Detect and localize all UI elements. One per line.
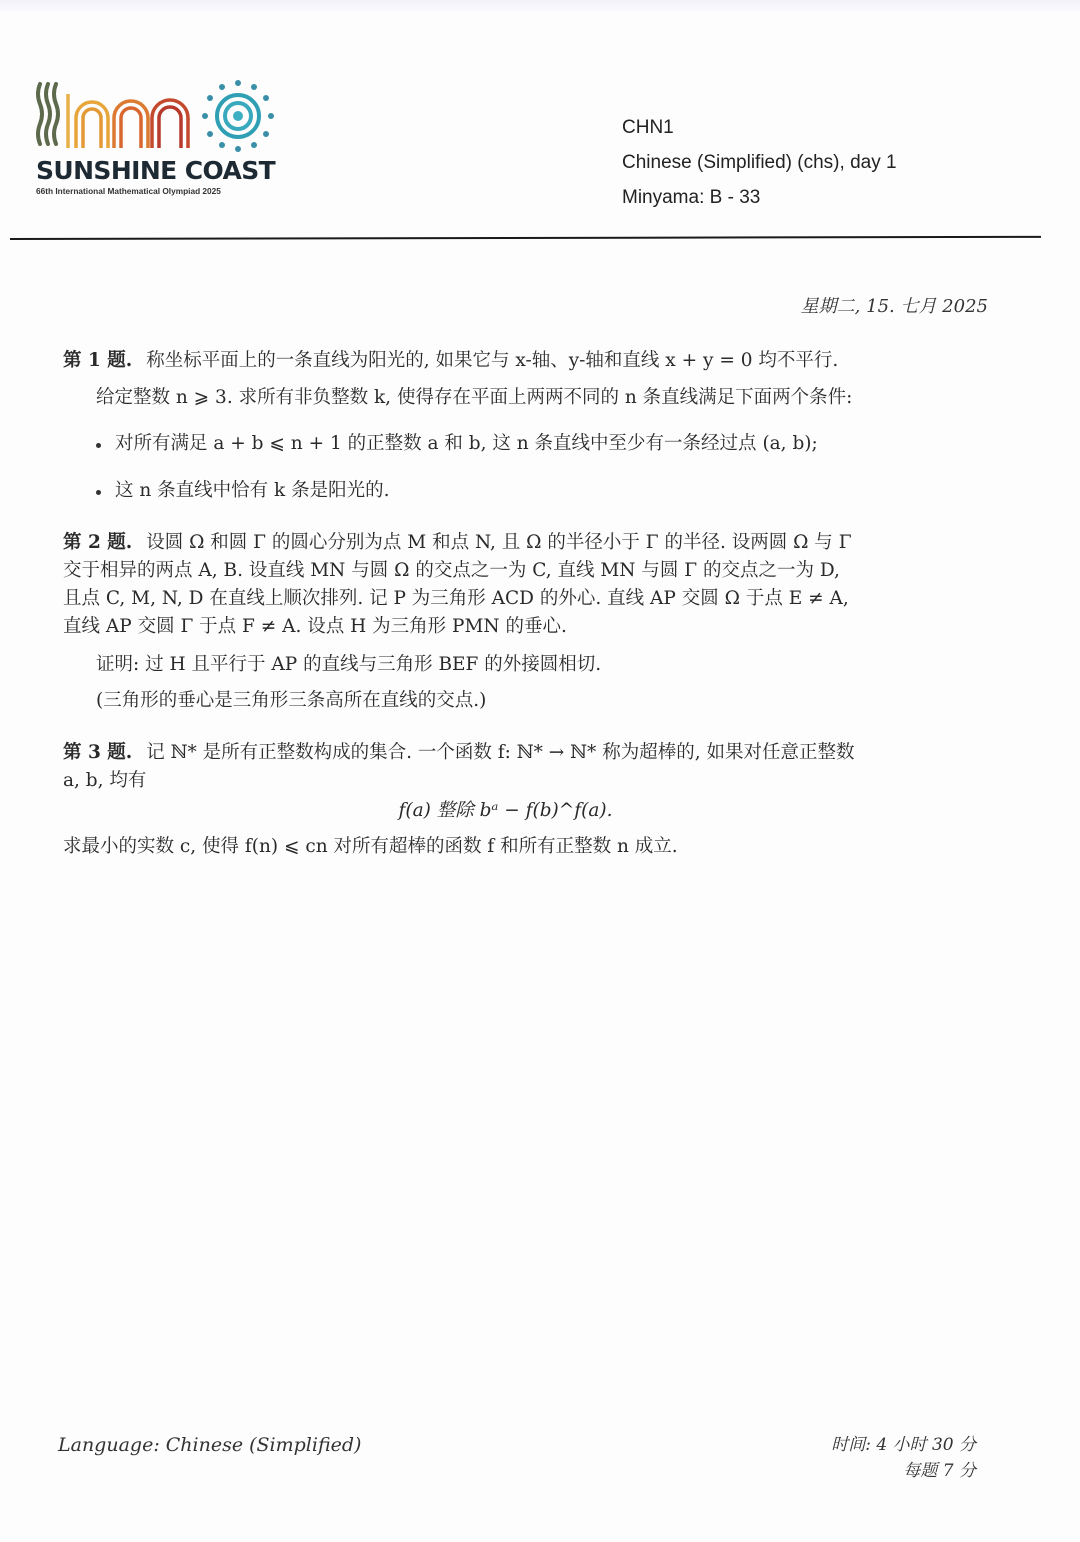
problem-2-line-3: 且点 C, M, N, D 在直线上顺次排列. 记 P 为三角形 ACD 的外心… — [63, 585, 988, 613]
problem-2-claim: 证明: 过 H 且平行于 AP 的直线与三角形 BEF 的外接圆相切. — [63, 651, 988, 679]
time-limit: 时间: 4 小时 30 分 — [831, 1432, 976, 1458]
problem-3-line-2: a, b, 均有 — [63, 767, 988, 795]
points-per-problem: 每题 7 分 — [831, 1458, 976, 1484]
problem-2-line-2: 交于相异的两点 A, B. 设直线 MN 与圆 Ω 的交点之一为 C, 直线 M… — [63, 557, 988, 585]
country-code: CHN1 — [622, 110, 897, 145]
problem-2-label: 第 2 题. — [63, 532, 132, 553]
language-day: Chinese (Simplified) (chs), day 1 — [622, 145, 897, 180]
problem-1-label: 第 1 题. — [63, 350, 132, 371]
footer-time-info: 时间: 4 小时 30 分 每题 7 分 — [831, 1432, 976, 1484]
problem-1: 第 1 题.称坐标平面上的一条直线为阳光的, 如果它与 x-轴、y-轴和直线 x… — [63, 347, 988, 505]
problem-2-line-4: 直线 AP 交圆 Γ 于点 F ≠ A. 设点 H 为三角形 PMN 的垂心. — [63, 613, 988, 641]
problem-2: 第 2 题.设圆 Ω 和圆 Γ 的圆心分别为点 M 和点 N, 且 Ω 的半径小… — [63, 529, 988, 715]
header-divider — [10, 236, 1041, 240]
exam-page: SUNSHINE COAST 66th International Mathem… — [0, 0, 1080, 1542]
problem-1-condition-1: 对所有满足 a + b ⩽ n + 1 的正整数 a 和 b, 这 n 条直线中… — [63, 430, 988, 458]
problem-3-question: 求最小的实数 c, 使得 f(n) ⩽ cn 对所有超棒的函数 f 和所有正整数… — [63, 833, 988, 861]
logo-title: SUNSHINE COAST — [36, 156, 275, 185]
problem-1-line-1: 第 1 题.称坐标平面上的一条直线为阳光的, 如果它与 x-轴、y-轴和直线 x… — [63, 347, 988, 375]
imo-logo: SUNSHINE COAST 66th International Mathem… — [34, 78, 279, 203]
footer-language: Language: Chinese (Simplified) — [58, 1434, 361, 1456]
logo-subtitle: 66th International Mathematical Olympiad… — [36, 186, 221, 196]
venue: Minyama: B - 33 — [622, 180, 897, 215]
problem-2-line-1: 第 2 题.设圆 Ω 和圆 Γ 的圆心分别为点 M 和点 N, 且 Ω 的半径小… — [63, 529, 988, 557]
logo-graphic-icon — [34, 78, 279, 158]
exam-date: 星期二, 15. 七月 2025 — [801, 292, 988, 318]
problem-3-formula: f(a) 整除 bᵃ − f(b)^f(a). — [63, 797, 988, 825]
problem-1-line-2: 给定整数 n ⩾ 3. 求所有非负整数 k, 使得存在平面上两两不同的 n 条直… — [63, 384, 988, 412]
problem-3: 第 3 题.记 ℕ* 是所有正整数构成的集合. 一个函数 f: ℕ* → ℕ* … — [63, 739, 988, 861]
header-info: CHN1 Chinese (Simplified) (chs), day 1 M… — [622, 110, 897, 215]
problem-2-note: (三角形的垂心是三角形三条高所在直线的交点.) — [63, 687, 988, 715]
problem-1-condition-2: 这 n 条直线中恰有 k 条是阳光的. — [63, 477, 988, 505]
problem-3-label: 第 3 题. — [63, 742, 132, 763]
problem-3-line-1: 第 3 题.记 ℕ* 是所有正整数构成的集合. 一个函数 f: ℕ* → ℕ* … — [63, 739, 988, 767]
